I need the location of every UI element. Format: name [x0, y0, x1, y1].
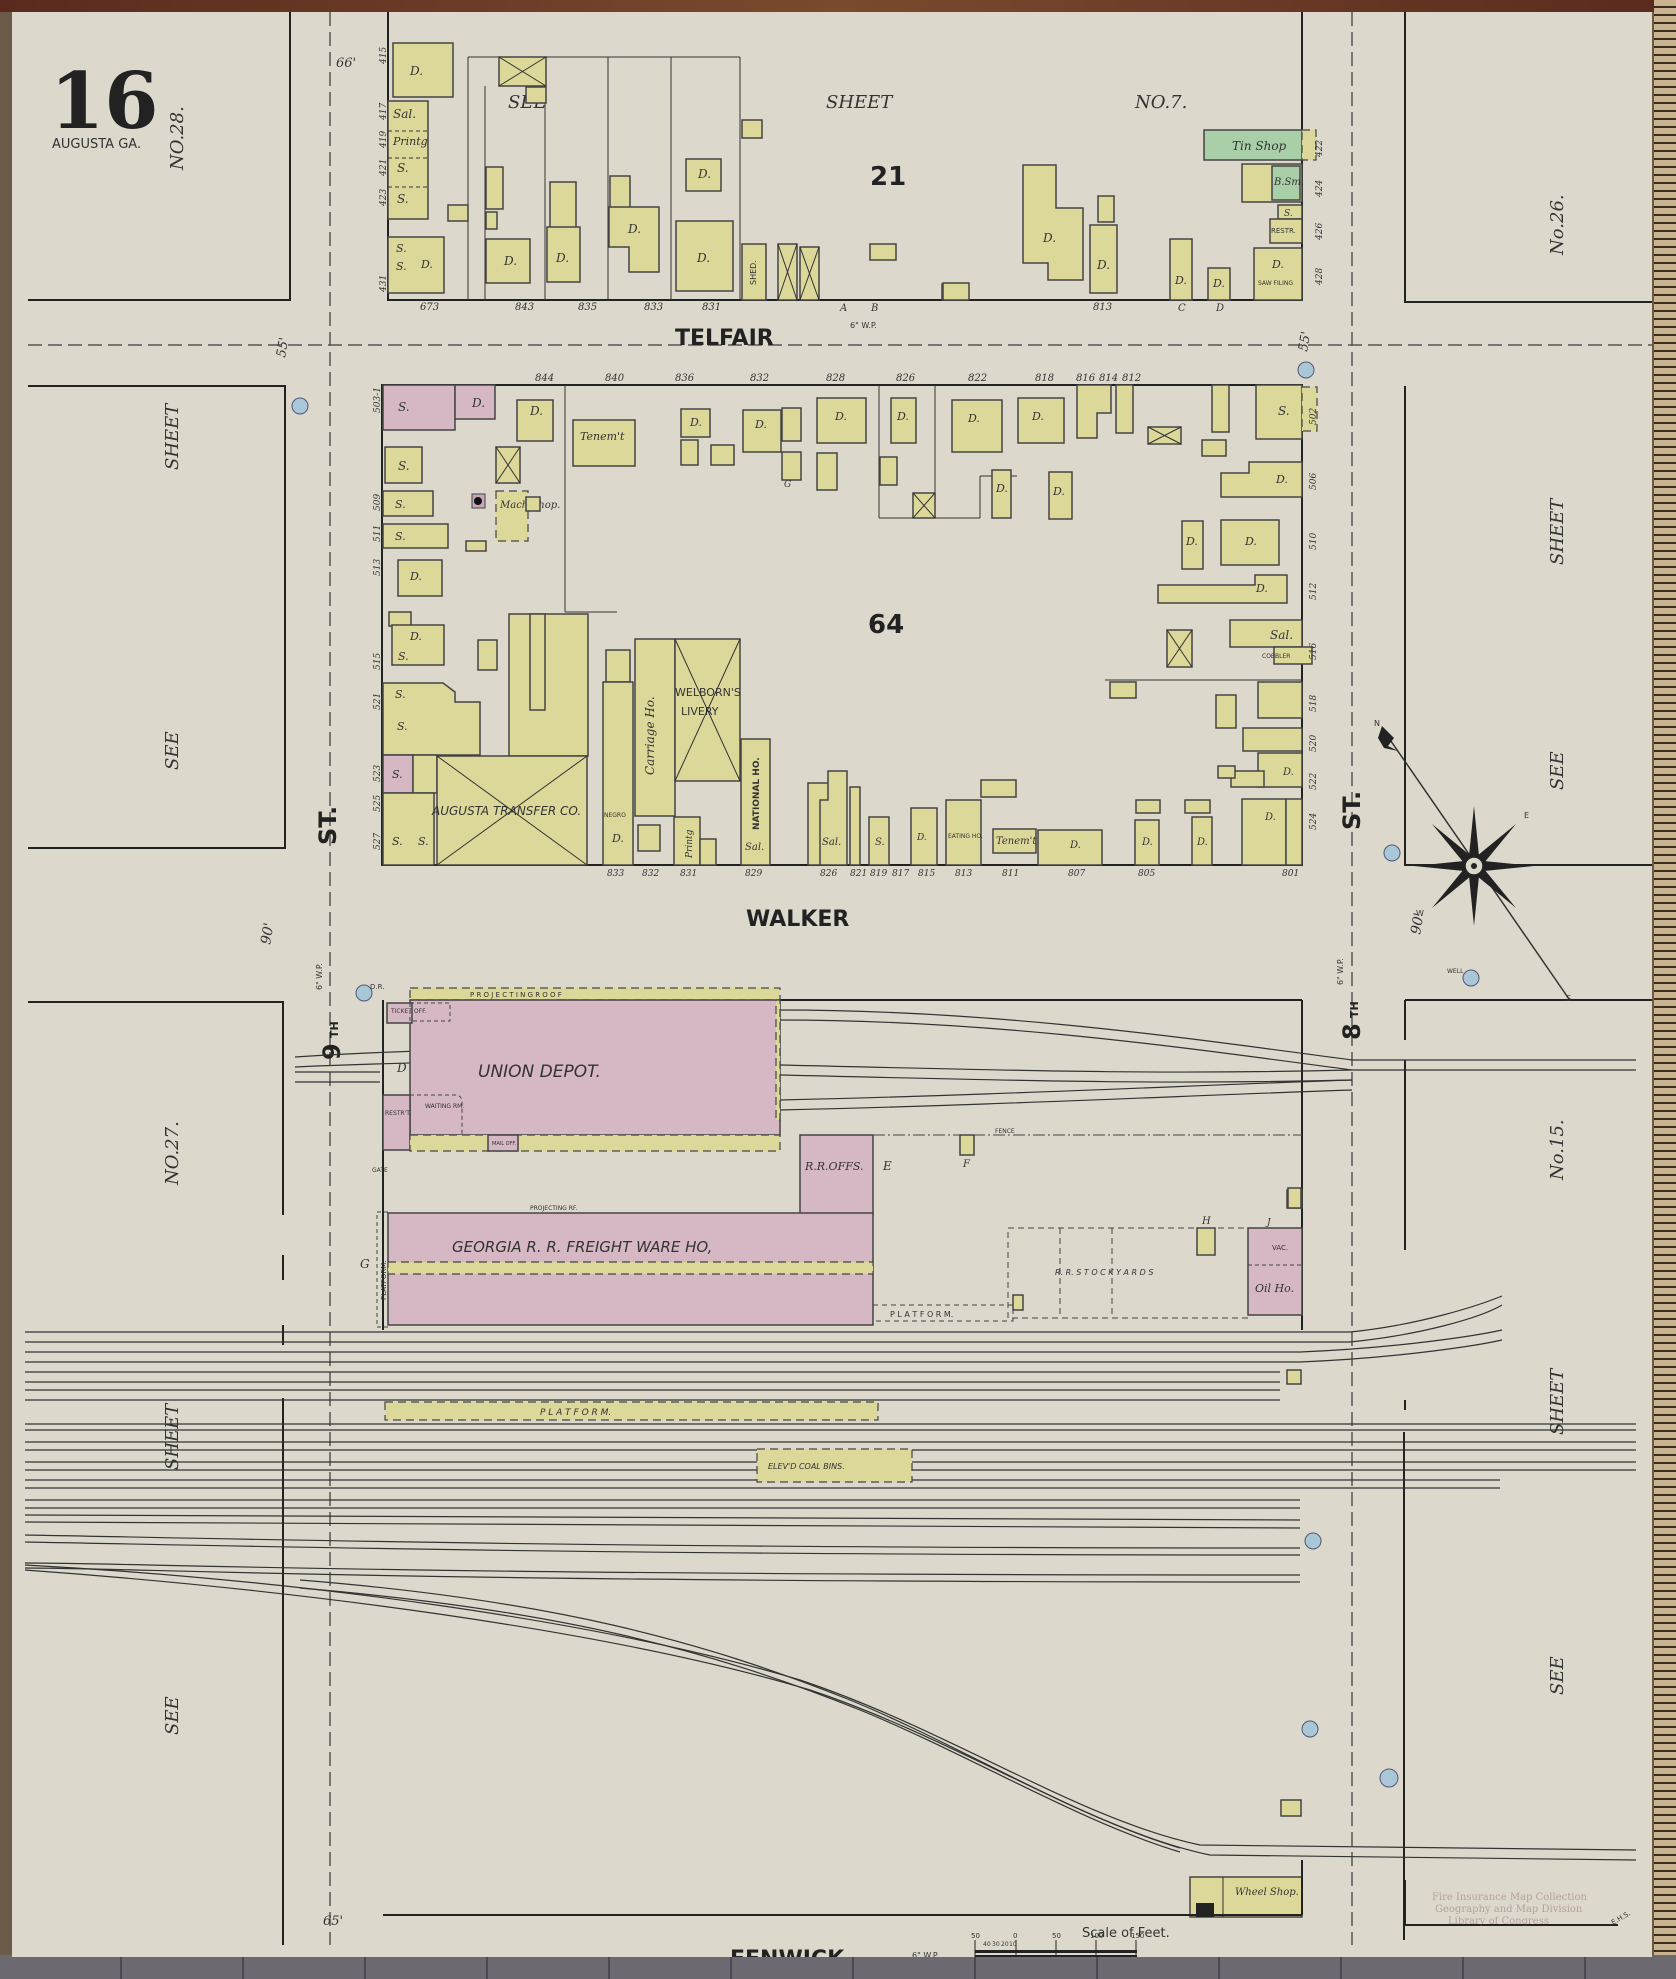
- addr: 813: [955, 869, 972, 879]
- width-55-right: 55': [1296, 330, 1314, 352]
- label-store: S.: [396, 260, 407, 273]
- label-dwelling: D.: [1244, 535, 1257, 548]
- scale-bar: Scale of Feet. 50 40 30 20 10 0 50 100 1…: [971, 1926, 1170, 1957]
- label-dwelling: D.: [627, 222, 641, 236]
- label-ticket-office: TICKET OFF.: [390, 1008, 427, 1015]
- compass-w: W: [1416, 909, 1424, 918]
- letter-d: D: [1215, 303, 1224, 314]
- label-saw-filing: SAW FILING: [1258, 280, 1293, 287]
- water-main-9th: 6" W.P.: [315, 963, 324, 990]
- label-union-depot: UNION DEPOT.: [478, 1062, 601, 1082]
- label-dwelling: D.: [1174, 274, 1187, 287]
- label-dwelling: D.: [409, 64, 423, 78]
- addr: 522: [1309, 773, 1319, 790]
- addr: 811: [1002, 869, 1019, 879]
- width-55-left: 55': [274, 336, 292, 358]
- adjacent-block-outlines: [28, 12, 1652, 1945]
- addr: 831: [702, 302, 721, 313]
- label-saloon: Sal.: [1270, 628, 1293, 642]
- street-9th-label: 9: [318, 1043, 346, 1060]
- scale-tick: 50: [971, 1932, 980, 1940]
- label-dwelling: D.: [503, 254, 517, 268]
- addr: 835: [578, 302, 597, 313]
- water-main-fenwick: 6" W.P.: [912, 1951, 939, 1957]
- ref-right-see: SEE: [1547, 751, 1568, 790]
- addr: 844: [535, 373, 554, 384]
- label-negro-dwelling: NEGRO: [604, 812, 626, 819]
- ref-right-bottom-see: SEE: [1547, 1656, 1568, 1695]
- ref-no26: No.26.: [1547, 194, 1568, 256]
- label-mail-office: MAIL OFF.: [492, 1141, 516, 1147]
- label-dwelling: D.: [471, 396, 485, 410]
- addr: 503-1: [373, 387, 383, 413]
- addr: 415: [379, 47, 389, 65]
- addr: 525: [373, 795, 383, 812]
- label-dwelling: D.: [1042, 231, 1056, 245]
- addr: 423: [379, 189, 389, 207]
- ref-right-sheet: SHEET: [1547, 497, 1568, 565]
- label-dwelling: D.: [1141, 837, 1153, 848]
- label-tenement: Tenem't: [580, 430, 625, 443]
- block-21: D. Sal. Printg S. S. S. S. D. D. D. D. D…: [379, 12, 1325, 314]
- addr: 805: [1138, 869, 1155, 879]
- addr: 815: [918, 869, 935, 879]
- addr: 812: [1122, 373, 1141, 384]
- addr: 828: [826, 373, 845, 384]
- label-dwelling: D.: [1271, 258, 1284, 271]
- addr: 826: [896, 373, 916, 384]
- label-coal-bins: ELEV'D COAL BINS.: [768, 1462, 845, 1471]
- addr: 513: [373, 559, 383, 576]
- label-store: S.: [418, 835, 429, 848]
- map-canvas: 16 AUGUSTA GA. NO.28. No.26. SHEET SEE S…: [12, 12, 1652, 1957]
- addr: 431: [379, 275, 389, 293]
- album-binding: [0, 0, 1676, 12]
- label-dwelling: D.: [1096, 258, 1110, 272]
- scale-tick: 150: [1131, 1932, 1144, 1940]
- scale-tick: 10: [1009, 1941, 1017, 1948]
- addr: 836: [675, 373, 695, 384]
- label-dwelling: D.: [1255, 582, 1268, 595]
- street-telfair: TELFAIR: [675, 326, 774, 351]
- label-welborns: WELBORN'S: [675, 686, 741, 699]
- label-store: S.: [396, 242, 407, 255]
- hydrant-icon: [1384, 845, 1400, 861]
- label-dwelling: D.: [834, 410, 847, 423]
- label-store: S.: [398, 650, 409, 663]
- hydrant-icon: [1463, 970, 1479, 986]
- platform-long: [385, 1402, 878, 1420]
- addr: 833: [607, 869, 624, 879]
- label-restaurant: RESTR'T: [385, 1110, 410, 1117]
- label-dwelling: D.: [689, 416, 702, 429]
- addr: 515: [373, 653, 383, 670]
- ref-top-no7: NO.7.: [1134, 92, 1187, 113]
- compass-n: N: [1374, 719, 1380, 728]
- label-cobbler: COBBLER: [1262, 653, 1290, 660]
- addr: 509: [373, 494, 383, 511]
- label-dwelling: D.: [696, 251, 710, 265]
- stamp-line-1: Fire Insurance Map Collection: [1432, 1892, 1587, 1903]
- addr: 518: [1309, 695, 1319, 712]
- label-gate: GATE: [372, 1167, 388, 1174]
- label-dr: D.R.: [370, 983, 384, 991]
- addr: 426: [1315, 223, 1325, 241]
- label-vacant: VAC.: [1272, 1244, 1288, 1252]
- letter-g: G: [360, 1257, 370, 1271]
- label-tin-shop: Tin Shop: [1232, 139, 1287, 153]
- label-store: S.: [397, 192, 409, 206]
- label-rr-offices: R.R.OFFS.: [804, 1160, 863, 1173]
- addr: 813: [1093, 302, 1112, 313]
- hydrant-icon: [292, 398, 308, 414]
- addr: 523: [373, 765, 383, 782]
- addr: 818: [1035, 373, 1054, 384]
- label-store: S.: [398, 459, 410, 473]
- water-main-telfair: 6" W.P.: [850, 321, 877, 330]
- label-stock-yards: R. R. S T O C K Y A R D S: [1055, 1268, 1153, 1277]
- street-fenwick: FENWICK: [730, 1947, 845, 1957]
- map-sheet: 16 AUGUSTA GA. NO.28. No.26. SHEET SEE S…: [12, 12, 1652, 1957]
- ref-right-bottom-sheet: SHEET: [1547, 1367, 1568, 1435]
- addr: 422: [1315, 140, 1325, 158]
- ref-top-sheet: SHEET: [826, 92, 894, 113]
- label-platform: P L A T F O R M.: [890, 1310, 953, 1319]
- label-dwelling: D.: [967, 412, 980, 425]
- scale-tick: 0: [1013, 1932, 1017, 1940]
- label-oil-house: Oil Ho.: [1255, 1282, 1294, 1295]
- addr: 502: [1309, 408, 1319, 425]
- draftsman-initials: E.H.S.: [1610, 1909, 1632, 1926]
- label-restaurant: RESTR.: [1271, 227, 1296, 235]
- label-store: S.: [392, 835, 403, 848]
- ref-left-bottom-sheet: SHEET: [162, 1402, 183, 1470]
- label-store: S.: [392, 768, 403, 781]
- label-platform: P L A T F O R M.: [540, 1408, 611, 1418]
- label-national-ho: NATIONAL HO.: [752, 757, 762, 830]
- label-augusta-transfer: AUGUSTA TRANSFER CO.: [431, 804, 581, 818]
- street-9th-st: ST.: [314, 806, 342, 845]
- addr: 816: [1076, 373, 1096, 384]
- label-well: WELL: [1447, 968, 1464, 975]
- addr: 826: [820, 869, 837, 879]
- width-65: 65': [323, 1914, 343, 1929]
- label-livery: LIVERY: [681, 705, 719, 718]
- addr: 807: [1068, 869, 1085, 879]
- scale-tick: 30: [992, 1941, 1000, 1948]
- projecting-roof: [410, 988, 780, 1000]
- label-dwelling: D.: [1052, 485, 1065, 498]
- letter-d: D: [396, 1061, 407, 1075]
- letter-g: G: [784, 480, 791, 490]
- addr: 673: [420, 302, 439, 313]
- addr: 428: [1315, 268, 1325, 286]
- hydrant-icon: [1305, 1533, 1321, 1549]
- label-dwelling: D.: [916, 833, 927, 843]
- ref-no27: NO.27.: [162, 1121, 183, 1186]
- label-georgia-rr-freight: GEORGIA R. R. FREIGHT WARE HO,: [452, 1238, 712, 1256]
- label-store: S.: [397, 720, 408, 733]
- ref-no28: NO.28.: [167, 106, 188, 171]
- addr: 829: [745, 869, 762, 879]
- label-dwelling: D.: [1264, 812, 1276, 823]
- label-waiting-room: WAITING RM.: [425, 1103, 464, 1110]
- hydrant-icon: [1380, 1769, 1398, 1787]
- scale-tick: 20: [1001, 1941, 1009, 1948]
- scale-tick: 100: [1090, 1932, 1103, 1940]
- addr: 521: [373, 693, 383, 710]
- hydrant-icon: [1302, 1721, 1318, 1737]
- label-dwelling: D.: [995, 482, 1008, 495]
- letter-j: J: [1265, 1218, 1272, 1228]
- label-store: S.: [395, 688, 406, 701]
- street-8th-suffix: TH: [1348, 1001, 1361, 1018]
- hydrant-icon: [1298, 362, 1314, 378]
- label-saloon: Sal.: [745, 842, 764, 853]
- addr: 511: [373, 525, 383, 542]
- ref-left-sheet: SHEET: [162, 402, 183, 470]
- label-dwelling: D.: [1031, 410, 1044, 423]
- letter-h: H: [1201, 1216, 1211, 1227]
- street-8th-label: 8: [1338, 1023, 1366, 1040]
- label-store: S.: [397, 161, 409, 175]
- ruler-right: [1654, 0, 1676, 1979]
- width-90-left: 90': [258, 922, 278, 946]
- addr: 819: [870, 869, 887, 879]
- addr: 417: [379, 103, 389, 121]
- label-dwelling: D.: [1069, 840, 1081, 851]
- label-projecting-roof: P R O J E C T I N G R O O F: [470, 991, 562, 999]
- addr: 833: [644, 302, 663, 313]
- stamp-line-2: Geography and Map Division: [1435, 1904, 1583, 1915]
- street-8th-st: ST.: [1338, 791, 1366, 830]
- label-store: S.: [1278, 404, 1290, 418]
- label-dwelling: D.: [1282, 767, 1294, 778]
- label-dwelling: D.: [555, 251, 569, 265]
- addr: 424: [1315, 180, 1325, 198]
- label-store: S.: [395, 498, 406, 511]
- label-platform: PLATFORM.: [380, 1261, 388, 1300]
- label-store: S.: [1284, 209, 1293, 219]
- label-dwelling: D.: [420, 258, 433, 271]
- label-eating-house: EATING HO.: [948, 833, 983, 840]
- addr: 419: [379, 131, 389, 149]
- letter-c: C: [1178, 303, 1186, 314]
- label-wheel-shop: Wheel Shop.: [1235, 1887, 1299, 1898]
- label-printing: Printg: [685, 829, 695, 859]
- scale-tick: 50: [1052, 1932, 1061, 1940]
- letter-e: E: [882, 1159, 892, 1173]
- label-dwelling: D.: [754, 418, 767, 431]
- addr: 512: [1309, 583, 1319, 600]
- label-dwelling: D.: [697, 167, 711, 181]
- addr: 821: [850, 869, 867, 879]
- addr: 520: [1309, 735, 1319, 752]
- scale-tick: 40: [983, 1941, 991, 1948]
- label-dwelling: D.: [1275, 473, 1288, 486]
- label-printing: Printg: [392, 135, 428, 148]
- label-store: S.: [398, 400, 410, 414]
- ref-no15: No.15.: [1547, 1119, 1568, 1181]
- label-dwelling: D.: [1212, 277, 1225, 290]
- block-64: S. D. S. S. S. D. Mach Shop. D. Tenem't …: [373, 373, 1319, 879]
- label-shed: SHED.: [749, 260, 758, 285]
- addr: 506: [1309, 473, 1319, 490]
- sheet-city: AUGUSTA GA.: [52, 137, 141, 152]
- label-dwelling: D.: [896, 410, 909, 423]
- addr: 510: [1309, 533, 1319, 550]
- library-stamp: Fire Insurance Map Collection Geography …: [1432, 1892, 1587, 1927]
- label-dwelling: D.: [611, 832, 624, 845]
- addr: 801: [1282, 869, 1299, 879]
- block-number-64: 64: [868, 610, 904, 640]
- addr: 524: [1309, 813, 1319, 830]
- label-dwelling: D.: [1196, 837, 1208, 848]
- label-blacksmith: B.Sm.: [1273, 177, 1304, 188]
- addr: 817: [892, 869, 909, 879]
- sheet-number: 16: [50, 56, 159, 147]
- compass-rose: N S E W: [1374, 719, 1571, 1003]
- letter-f: F: [962, 1159, 971, 1170]
- addr: 527: [373, 833, 383, 850]
- addr: 831: [680, 869, 697, 879]
- ref-left-bottom-see: SEE: [162, 1696, 183, 1735]
- label-saloon: Sal.: [822, 837, 841, 848]
- stamp-line-3: Library of Congress: [1448, 1916, 1549, 1927]
- addr: 832: [642, 869, 659, 879]
- width-66: 66': [336, 56, 356, 71]
- addr: 832: [750, 373, 769, 384]
- label-dwelling: D.: [409, 570, 422, 583]
- label-dwelling: D.: [409, 630, 422, 643]
- letter-b: B: [870, 303, 878, 314]
- label-store: S.: [395, 530, 406, 543]
- label-tenement: Tenem't: [996, 836, 1037, 847]
- addr: 843: [515, 302, 534, 313]
- addr: 814: [1099, 373, 1118, 384]
- addr: 822: [968, 373, 987, 384]
- label-store: S.: [875, 837, 885, 848]
- addr: 516: [1309, 643, 1319, 660]
- label-dwelling: D.: [1185, 535, 1198, 548]
- label-carriage-house: Carriage Ho.: [643, 696, 657, 775]
- sheet-title: 16 AUGUSTA GA.: [50, 56, 159, 152]
- compass-e: E: [1524, 811, 1529, 820]
- street-9th-suffix: TH: [328, 1021, 341, 1038]
- street-walker: WALKER: [746, 907, 849, 932]
- label-fence: FENCE: [995, 1128, 1015, 1135]
- letter-a: A: [839, 303, 847, 314]
- block-number-21: 21: [870, 162, 906, 192]
- water-main-8th: 6" W.P.: [1336, 958, 1345, 985]
- addr: 840: [605, 373, 625, 384]
- label-projecting-roof: PROJECTING RF.: [530, 1205, 577, 1212]
- compass-s: S: [1566, 994, 1571, 1003]
- ruler-bottom: [0, 1955, 1676, 1979]
- ref-left-see: SEE: [162, 731, 183, 770]
- label-saloon: Sal.: [393, 107, 416, 121]
- label-dwelling: D.: [529, 404, 543, 418]
- addr: 421: [379, 159, 389, 177]
